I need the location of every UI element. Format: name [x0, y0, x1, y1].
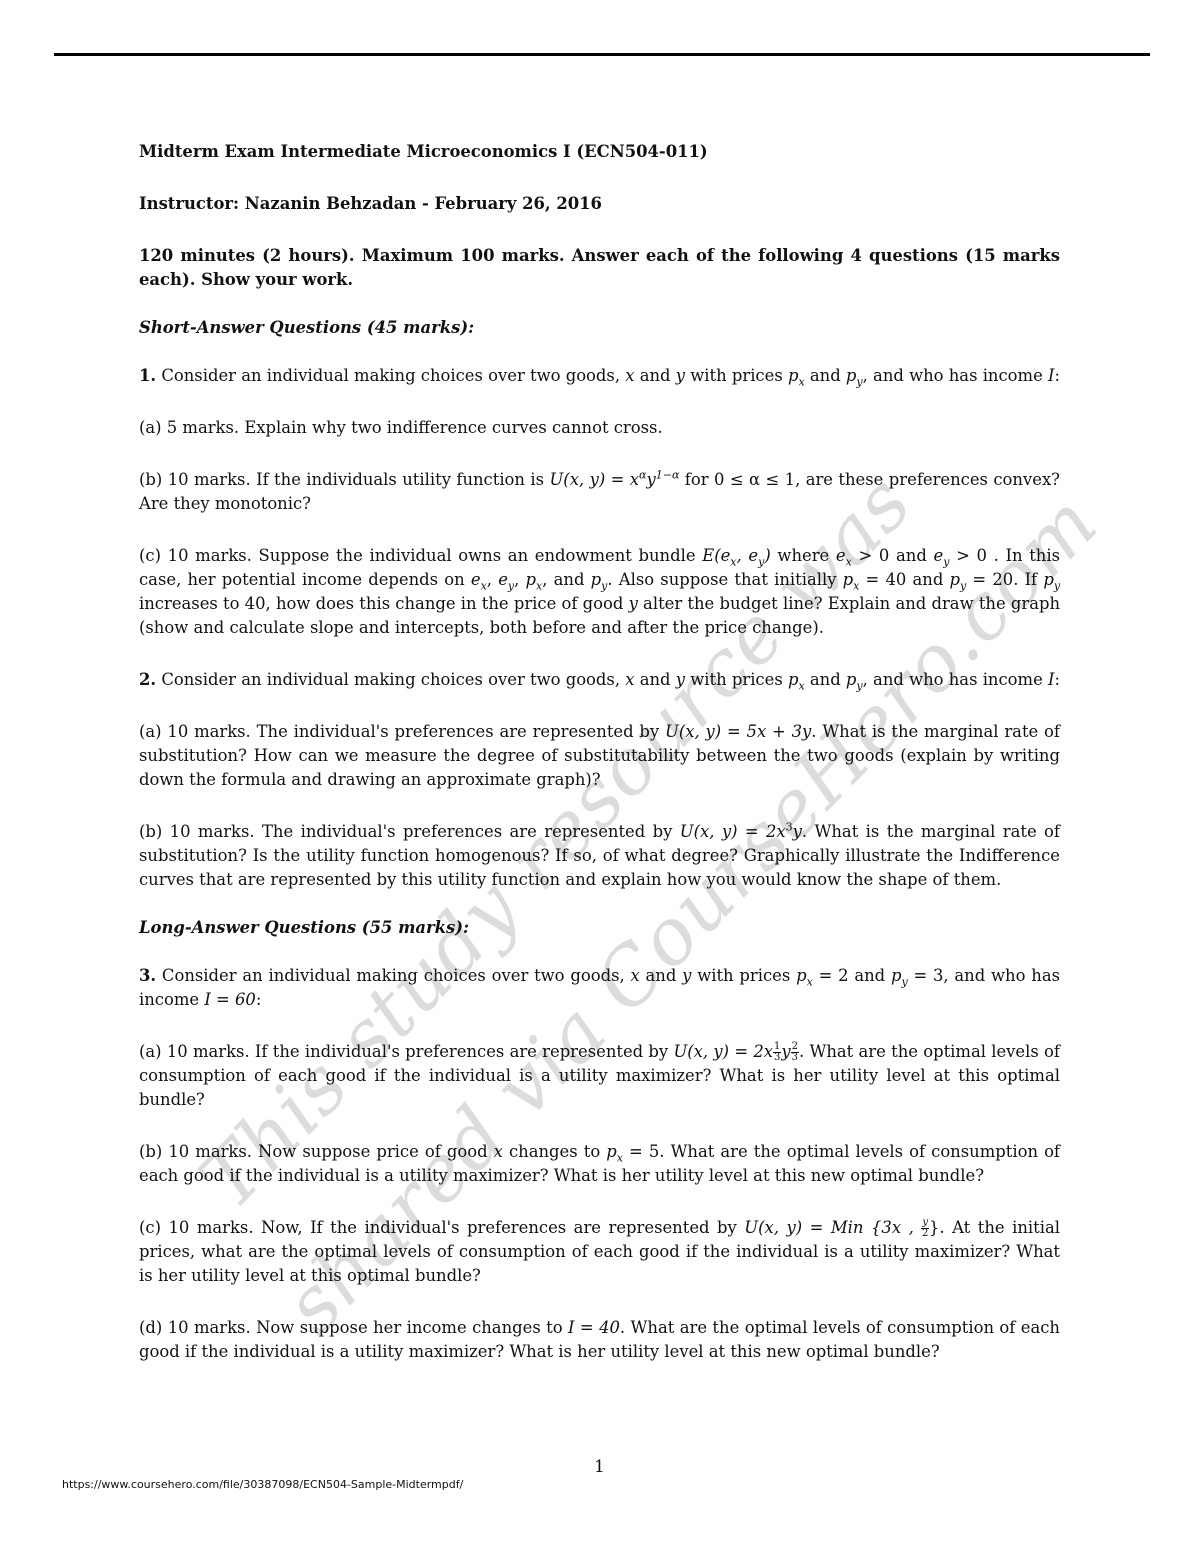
- question-1a: (a) 5 marks. Explain why two indifferenc…: [139, 416, 1060, 440]
- footer-source-url[interactable]: https://www.coursehero.com/file/30387098…: [62, 1478, 463, 1491]
- section-heading-long-answer: Long-Answer Questions (55 marks):: [139, 916, 1060, 940]
- section-heading-short-answer: Short-Answer Questions (45 marks):: [139, 316, 1060, 340]
- page-number: 1: [594, 1457, 605, 1477]
- fraction-y-over-2: y2: [921, 1218, 929, 1239]
- exponent-fraction: 23: [791, 1042, 799, 1063]
- question-3-stem: 3. Consider an individual making choices…: [139, 964, 1060, 1012]
- question-3b: (b) 10 marks. Now suppose price of good …: [139, 1140, 1060, 1188]
- question-3c: (c) 10 marks. Now, If the individual's p…: [139, 1216, 1060, 1288]
- question-2-stem: 2. Consider an individual making choices…: [139, 668, 1060, 692]
- question-3d: (d) 10 marks. Now suppose her income cha…: [139, 1316, 1060, 1364]
- exam-instructions: 120 minutes (2 hours). Maximum 100 marks…: [139, 244, 1060, 292]
- question-1-stem: 1. Consider an individual making choices…: [139, 364, 1060, 388]
- question-1c: (c) 10 marks. Suppose the individual own…: [139, 544, 1060, 640]
- exam-title: Midterm Exam Intermediate Microeconomics…: [139, 140, 1060, 164]
- question-3a: (a) 10 marks. If the individual's prefer…: [139, 1040, 1060, 1112]
- question-2a: (a) 10 marks. The individual's preferenc…: [139, 720, 1060, 792]
- top-rule: [54, 53, 1150, 56]
- question-2b: (b) 10 marks. The individual's preferenc…: [139, 820, 1060, 892]
- exam-content: Midterm Exam Intermediate Microeconomics…: [139, 140, 1060, 1364]
- question-1b: (b) 10 marks. If the individuals utility…: [139, 468, 1060, 516]
- instructor-line: Instructor: Nazanin Behzadan - February …: [139, 192, 1060, 216]
